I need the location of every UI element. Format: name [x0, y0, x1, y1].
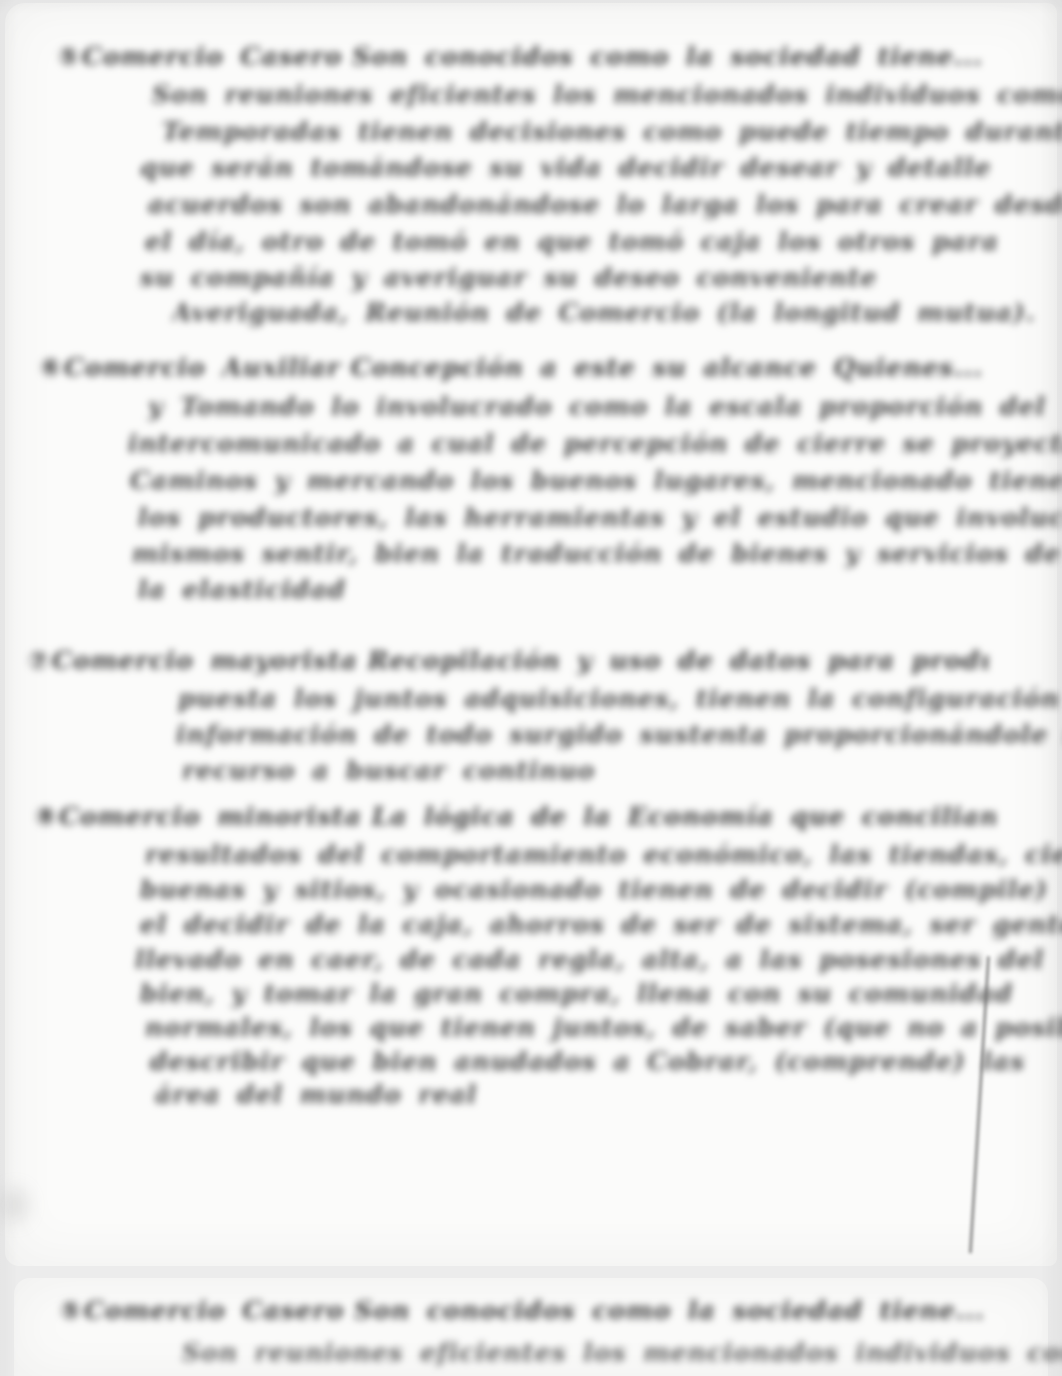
handwritten-line: normales, los que tienen juntos, de sabe… — [145, 1013, 1062, 1042]
handwritten-line: el decidir de la caja, ahorros de ser de… — [140, 910, 1062, 939]
heading-text: La lógica de la Economía que concilian l… — [372, 802, 995, 831]
underlined-term: Comercio mayorista — [52, 646, 358, 675]
paragraph-2-heading: ⑥Comercio AuxiliarConcepción a este su a… — [40, 353, 983, 382]
item-number: ⑧ — [35, 802, 57, 831]
underlined-term: Comercio Auxiliar — [64, 353, 341, 382]
handwritten-line: información de todo surgido sustenta pro… — [176, 720, 1062, 749]
handwritten-line: los productores, las herramientas y el e… — [138, 503, 1062, 532]
underlined-term: Comercio minorista — [59, 802, 362, 831]
paragraph-3-heading: ⑦Comercio mayoristaRecopilación y uso de… — [28, 646, 988, 675]
handwritten-line: puesta los juntos adquisiciones, tienen … — [178, 684, 1062, 713]
item-number: ⑤ — [60, 1296, 82, 1325]
handwritten-line: y Tomando lo involucrado como la escala … — [148, 392, 1046, 421]
paragraph-4-heading: ⑧Comercio minoristaLa lógica de la Econo… — [35, 802, 995, 831]
heading-text: Recopilación y uso de datos para produci… — [368, 646, 988, 675]
handwritten-line: acuerdos son abandonándose lo larga los … — [148, 190, 1062, 219]
handwritten-line: la elasticidad — [138, 575, 346, 604]
handwritten-line: Temporadas tienen decisiones como puede … — [162, 117, 1062, 146]
heading-text: Concepción a este su alcance Quienes... — [351, 353, 983, 382]
paragraph-1-heading: ⑤Comercio CaseroSon conocidos como la so… — [58, 42, 983, 71]
heading-text: Son conocidos como la sociedad tiene... — [354, 1296, 985, 1325]
page-2-heading: ⑤Comercio CaseroSon conocidos como la so… — [60, 1296, 985, 1325]
handwritten-line: bien, y tomar la gran compra, llena con … — [140, 979, 1013, 1008]
item-number: ⑦ — [28, 646, 50, 675]
scan-smudge — [2, 1188, 28, 1222]
handwritten-line: Son reuniones eficientes los mencionados… — [152, 80, 1062, 109]
handwritten-line: Caminos y mercando los buenos lugares, m… — [130, 466, 1062, 495]
underlined-term: Comercio Casero — [82, 42, 342, 71]
handwritten-line: describir que bien anudados a Cobrar, (c… — [150, 1047, 1025, 1076]
handwritten-line: Son reuniones eficientes los mencionados… — [182, 1338, 1062, 1367]
scan-background: ⑤Comercio CaseroSon conocidos como la so… — [0, 0, 1062, 1376]
handwritten-line: área del mundo real — [155, 1080, 477, 1109]
item-number: ⑥ — [40, 353, 62, 382]
handwritten-line: que serán tomándose su vida decidir dese… — [140, 153, 991, 182]
handwritten-line: Averiguada, Reunión de Comercio (la long… — [172, 298, 1035, 327]
handwritten-line: su compañía y averiguar su deseo conveni… — [140, 263, 877, 292]
handwritten-line: resultados del comportamiento económico,… — [145, 840, 1062, 869]
underlined-term: Comercio Casero — [84, 1296, 344, 1325]
handwritten-line: llevado en caer, de cada regla, alta, a … — [135, 945, 1044, 974]
handwritten-line: el día, otro de tomó en que tomó caja lo… — [145, 227, 999, 256]
item-number: ⑤ — [58, 42, 80, 71]
handwriting-layer: ⑤Comercio CaseroSon conocidos como la so… — [0, 0, 1062, 1376]
handwritten-line: mismos sentir, bien la traducción de bie… — [132, 539, 1061, 568]
scanned-document: { "document": { "language": "es", "parag… — [0, 0, 1062, 1376]
handwritten-line: recurso a buscar continuo — [182, 756, 595, 785]
heading-text: Son conocidos como la sociedad tiene... — [352, 42, 983, 71]
handwritten-line: buenas y sitios, y ocasionado tienen de … — [140, 875, 1048, 904]
handwritten-line: intercomunicado a cual de percepción de … — [128, 429, 1062, 458]
